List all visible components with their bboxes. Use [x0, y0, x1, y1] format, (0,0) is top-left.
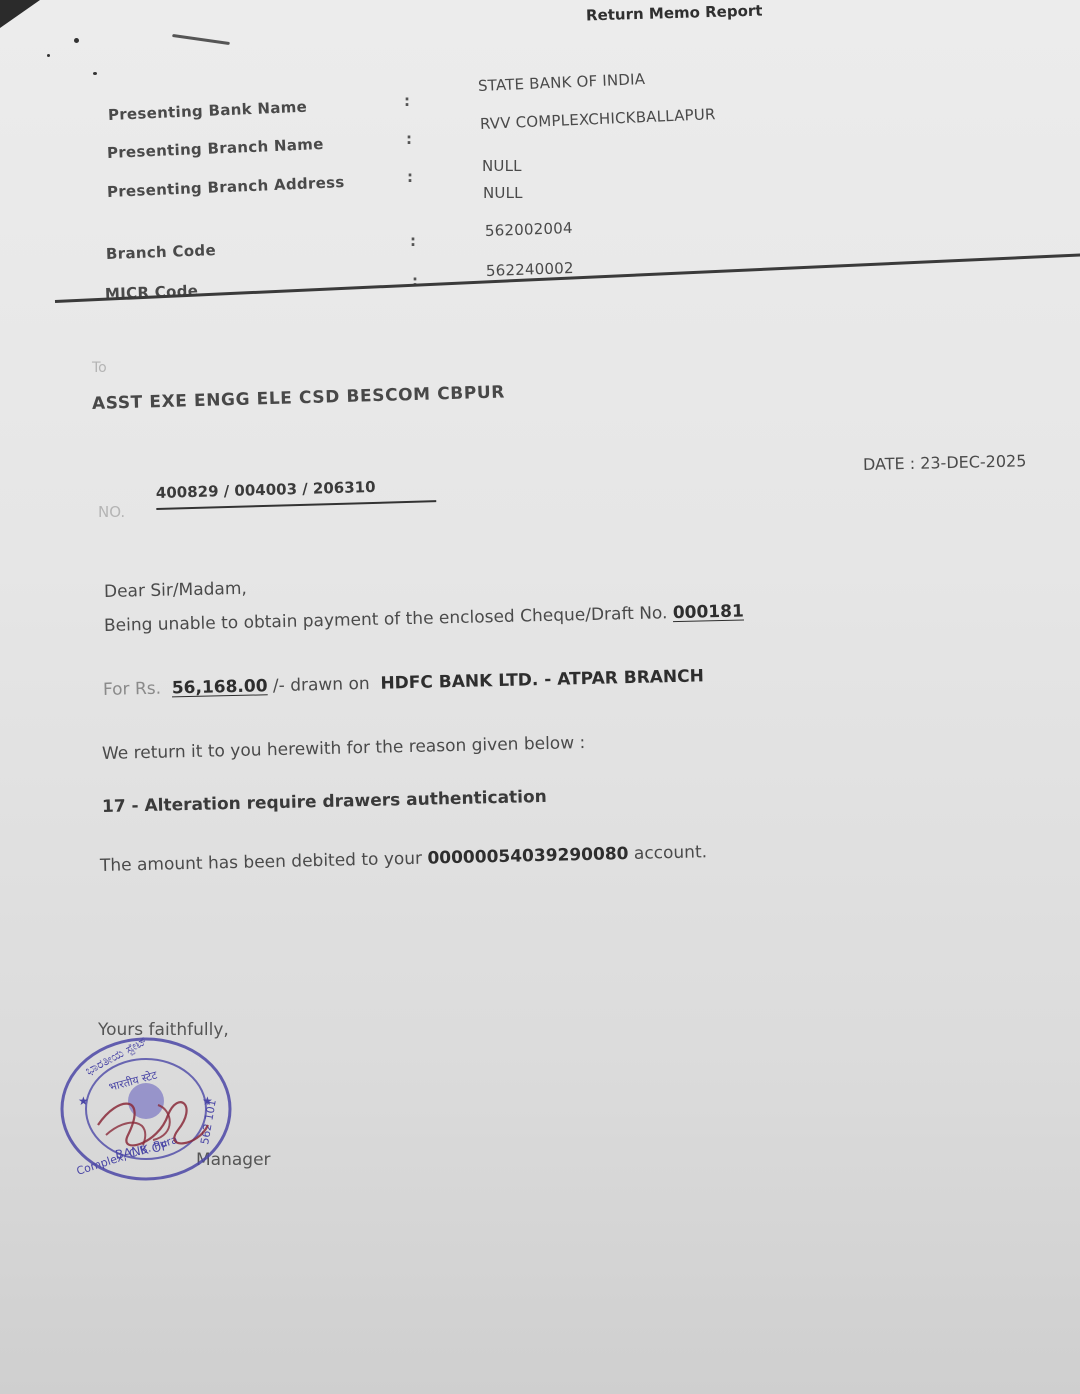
drawee-bank: HDFC BANK LTD. - ATPAR BRANCH [380, 666, 704, 693]
svg-text:★: ★ [202, 1094, 213, 1108]
colon-separator: : [406, 130, 412, 148]
cheque-number: 000181 [673, 601, 744, 623]
bank-seal-stamp: ಭಾರತೀಯ ಸ್ಟೇಟ್ भारतीय स्टेट BANK OF Compl… [58, 1035, 234, 1183]
amount-middle-text: /- drawn on [273, 674, 370, 696]
letter-line-return: We return it to you herewith for the rea… [102, 733, 586, 764]
cheque-line-text: Being unable to obtain payment of the en… [104, 603, 668, 636]
letter-line-cheque: Being unable to obtain payment of the en… [104, 601, 744, 636]
colon-separator: : [404, 92, 410, 110]
value-presenting-branch-address-line2: NULL [483, 184, 523, 202]
value-presenting-branch-address-line1: NULL [482, 157, 522, 175]
reference-number: 400829 / 004003 / 206310 [156, 476, 436, 510]
label-presenting-bank-name: Presenting Bank Name [108, 98, 308, 124]
debit-suffix: account. [634, 842, 708, 864]
ink-speck [47, 54, 50, 57]
account-number: 00000054039290080 [427, 844, 628, 869]
page-corner-shadow [0, 0, 40, 28]
date-label: DATE : [863, 454, 916, 474]
letter-line-debit: The amount has been debited to your 0000… [100, 842, 707, 876]
cheque-amount: 56,168.00 [172, 676, 268, 698]
colon-separator: : [410, 232, 416, 250]
label-presenting-branch-address: Presenting Branch Address [107, 173, 345, 201]
letter-line-amount: For Rs. 56,168.00 /- drawn on HDFC BANK … [103, 666, 704, 700]
memo-date: DATE : 23-DEC-2025 [863, 451, 1027, 474]
value-branch-code: 562002004 [485, 219, 573, 240]
pen-mark [172, 34, 230, 45]
amount-prefix: For Rs. [103, 679, 161, 700]
label-presenting-branch-name: Presenting Branch Name [107, 135, 324, 162]
to-label: To [92, 360, 107, 376]
colon-separator: : [412, 272, 418, 290]
date-value: 23-DEC-2025 [920, 451, 1027, 472]
return-memo-paper: Return Memo Report Presenting Bank Name … [0, 0, 1080, 1394]
value-presenting-bank-name: STATE BANK OF INDIA [478, 70, 646, 95]
ink-speck [74, 38, 79, 43]
label-branch-code: Branch Code [106, 241, 217, 263]
debit-prefix: The amount has been debited to your [100, 849, 423, 876]
report-title: Return Memo Report [586, 2, 763, 25]
colon-separator: : [407, 168, 413, 186]
salutation: Dear Sir/Madam, [104, 579, 247, 602]
no-label: NO. [98, 503, 125, 521]
value-presenting-branch-name: RVV COMPLEXCHICKBALLAPUR [480, 105, 716, 133]
recipient-name: ASST EXE ENGG ELE CSD BESCOM CBPUR [92, 382, 506, 414]
svg-text:★: ★ [78, 1094, 89, 1108]
ink-speck [93, 72, 97, 75]
return-reason: 17 - Alteration require drawers authenti… [102, 787, 547, 817]
